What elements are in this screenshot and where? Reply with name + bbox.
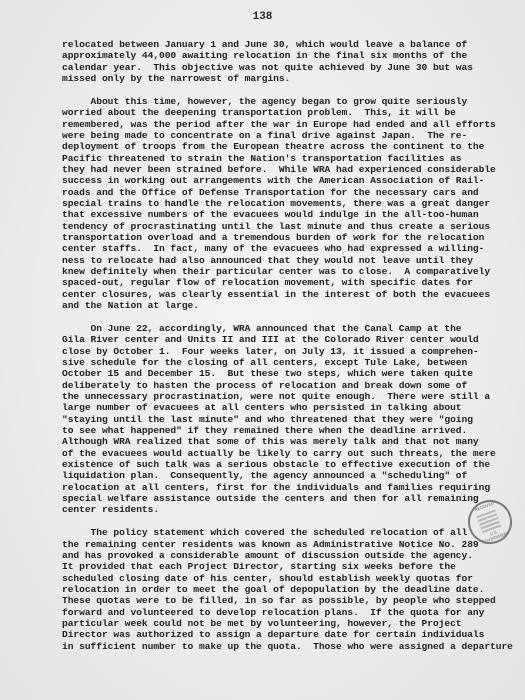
text-line: special trains to handle the relocation … (62, 198, 502, 209)
document-body: relocated between January 1 and June 30,… (62, 39, 502, 664)
text-line: remembered, was the period after the war… (62, 119, 502, 130)
text-line: of the evacuees would actually be likely… (62, 448, 502, 459)
text-line: to see what happened" if they remained t… (62, 425, 502, 436)
text-line: existence of such talk was a serious obs… (62, 459, 502, 470)
text-line: forward and volunteered to develop reloc… (62, 607, 502, 618)
text-line: ness to relocate had also announced that… (62, 255, 502, 266)
text-line: relocation at all centers, first for the… (62, 482, 502, 493)
text-line: sive schedule for the closing of all cen… (62, 357, 502, 368)
text-line: in sufficient number to make up the quot… (62, 641, 502, 652)
paragraph: On June 22, accordingly, WRA announced t… (62, 323, 502, 516)
text-line: knew definitely when their particular ce… (62, 266, 502, 277)
text-line: worried about the deepening transportati… (62, 107, 502, 118)
text-line: tendency of procrastinating until the la… (62, 221, 502, 232)
paragraph: About this time, however, the agency beg… (62, 96, 502, 312)
text-line: "staying until the last minute" and who … (62, 414, 502, 425)
text-line: transportation overload and a tremendous… (62, 232, 502, 243)
text-line: Gila River center and Units II and III a… (62, 334, 502, 345)
text-line: center staffs. In fact, many of the evac… (62, 243, 502, 254)
text-line: Director was authorized to assign a depa… (62, 629, 502, 640)
text-line: particular week could not be met by volu… (62, 618, 502, 629)
text-line: success in working out arrangements with… (62, 175, 502, 186)
text-line: and the Nation at large. (62, 300, 502, 311)
text-line: scheduled closing date of his center, sh… (62, 573, 502, 584)
paragraph: relocated between January 1 and June 30,… (62, 39, 502, 84)
text-line: center closures, was clearly essential i… (62, 289, 502, 300)
paragraph: The policy statement which covered the s… (62, 527, 502, 652)
text-line: large number of evacuees at all centers … (62, 402, 502, 413)
text-line: These quotas were to be filled, in so fa… (62, 595, 502, 606)
text-line: relocation in order to meet the goal of … (62, 584, 502, 595)
text-line: the remaining center residents was known… (62, 539, 502, 550)
text-line: deliberately to hasten the process of re… (62, 380, 502, 391)
text-line: and has provoked a considerable amount o… (62, 550, 502, 561)
text-line: spaced-out, regular flow of relocation m… (62, 277, 502, 288)
text-line: special welfare assistance outside the c… (62, 493, 502, 504)
text-line: they had never been strained before. Whi… (62, 164, 502, 175)
text-line: the unnecessary procrastination, were no… (62, 391, 502, 402)
text-line: roads and the Office of Defense Transpor… (62, 187, 502, 198)
text-line: center residents. (62, 504, 502, 515)
text-line: approximately 44,000 awaiting relocation… (62, 50, 502, 61)
text-line: deployment of troops from the European t… (62, 141, 502, 152)
text-line: liquidation plan. Consequently, the agen… (62, 470, 502, 481)
text-line: relocated between January 1 and June 30,… (62, 39, 502, 50)
text-line: missed only by the narrowest of margins. (62, 73, 502, 84)
text-line: On June 22, accordingly, WRA announced t… (62, 323, 502, 334)
text-line: close by October 1. Four weeks later, on… (62, 346, 502, 357)
page-number: 138 (0, 11, 525, 23)
text-line: It provided that each Project Director, … (62, 561, 502, 572)
text-line: calendar year. This objective was not qu… (62, 62, 502, 73)
text-line: Although WRA realized that some of this … (62, 436, 502, 447)
text-line: The policy statement which covered the s… (62, 527, 502, 538)
text-line: About this time, however, the agency beg… (62, 96, 502, 107)
text-line: October 15 and December 15. But these tw… (62, 368, 502, 379)
text-line: were being made to concentrate on a fina… (62, 130, 502, 141)
text-line: Pacific threatened to strain the Nation'… (62, 153, 502, 164)
document-page: 138 relocated between January 1 and June… (0, 0, 525, 700)
text-line: that excessive numbers of the evacuees w… (62, 209, 502, 220)
